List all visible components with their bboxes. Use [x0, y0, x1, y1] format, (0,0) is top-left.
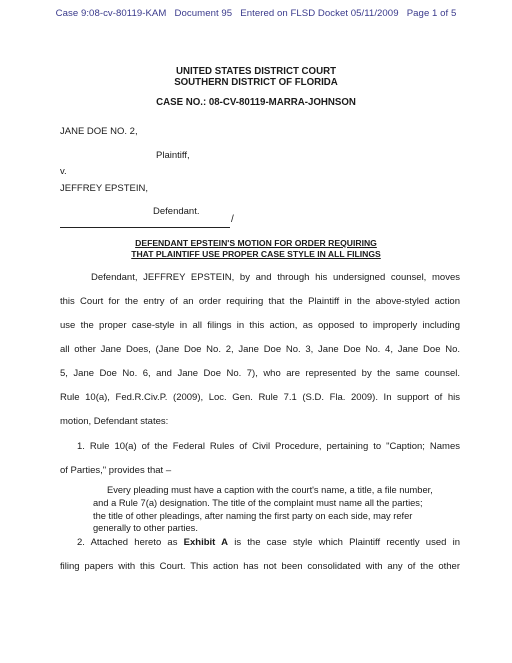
court-heading: UNITED STATES DISTRICT COURT SOUTHERN DI…	[0, 66, 512, 88]
defendant-role: Defendant.	[153, 206, 199, 217]
motion-title-line2: THAT PLAINTIFF USE PROPER CASE STYLE IN …	[0, 249, 512, 260]
motion-title-line1: DEFENDANT EPSTEIN'S MOTION FOR ORDER REQ…	[0, 238, 512, 249]
case-number: CASE NO.: 08-CV-80119-MARRA-JOHNSON	[0, 97, 512, 108]
paragraph-2-line: 2. Attached hereto as Exhibit A is the c…	[77, 537, 460, 548]
paragraph-1-line: of Parties," provides that –	[60, 465, 460, 476]
rule-quote-text: Every pleading must have a caption with …	[93, 485, 433, 533]
motion-title: DEFENDANT EPSTEIN'S MOTION FOR ORDER REQ…	[0, 238, 512, 259]
document-page: { "header_stamp": "Case 9:08-cv-80119-KA…	[0, 0, 512, 663]
intro-line: use the proper case-style in all filings…	[60, 320, 460, 331]
intro-line: Defendant, JEFFREY EPSTEIN, by and throu…	[91, 272, 460, 283]
caption-slash: /	[231, 214, 234, 225]
court-name: UNITED STATES DISTRICT COURT	[0, 66, 512, 77]
docket-header-stamp: Case 9:08-cv-80119-KAM Document 95 Enter…	[0, 8, 512, 19]
intro-line: Rule 10(a), Fed.R.Civ.P. (2009), Loc. Ge…	[60, 392, 460, 403]
intro-line: all other Jane Does, (Jane Doe No. 2, Ja…	[60, 344, 460, 355]
caption-rule	[60, 227, 230, 228]
versus: v.	[60, 166, 67, 177]
plaintiff-name: JANE DOE NO. 2,	[60, 126, 138, 137]
plaintiff-role: Plaintiff,	[156, 150, 190, 161]
intro-line: motion, Defendant states:	[60, 416, 460, 427]
court-district: SOUTHERN DISTRICT OF FLORIDA	[0, 77, 512, 88]
rule-quote: Every pleading must have a caption with …	[93, 484, 433, 535]
intro-line: 5, Jane Doe No. 6, and Jane Doe No. 7), …	[60, 368, 460, 379]
paragraph-1-line: 1. Rule 10(a) of the Federal Rules of Ci…	[77, 441, 460, 452]
paragraph-2-line: filing papers with this Court. This acti…	[60, 561, 460, 572]
intro-line: this Court for the entry of an order req…	[60, 296, 460, 307]
exhibit-a-reference: Exhibit A	[184, 537, 228, 548]
paragraph-2-suffix: is the case style which Plaintiff recent…	[228, 537, 460, 548]
paragraph-2-prefix: 2. Attached hereto as	[77, 537, 184, 548]
defendant-name: JEFFREY EPSTEIN,	[60, 183, 148, 194]
